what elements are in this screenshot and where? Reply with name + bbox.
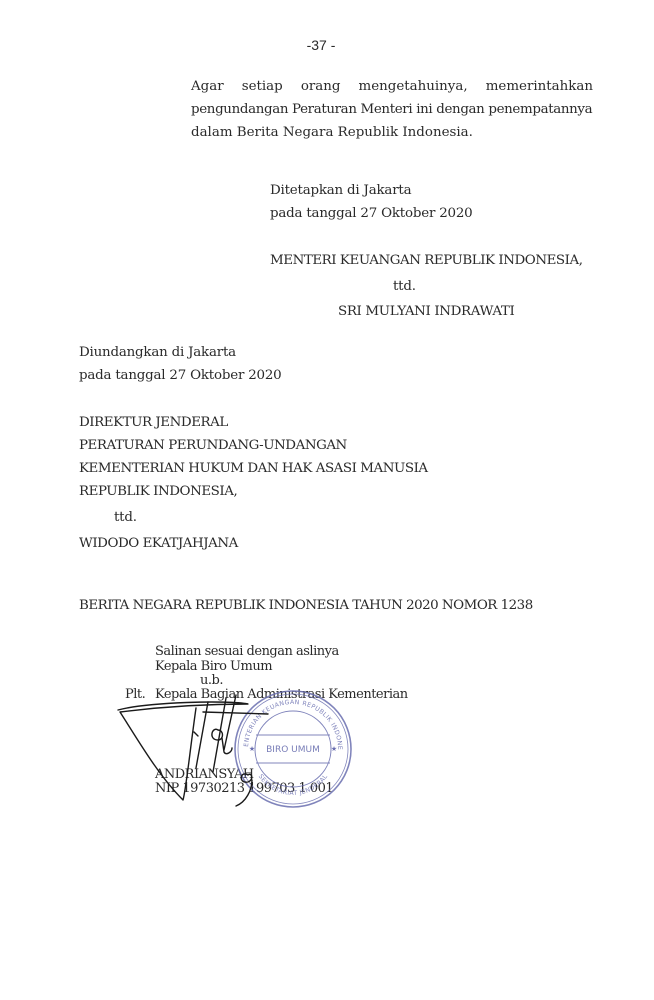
handwritten-signature <box>108 690 338 820</box>
paragraph-line-3: dalam Berita Negara Republik Indonesia. <box>191 121 593 144</box>
promulgation-title-line-3: KEMENTERIAN HUKUM DAN HAK ASASI MANUSIA <box>79 461 428 476</box>
promulgation-place: Diundangkan di Jakarta <box>79 345 236 360</box>
gazette-reference: BERITA NEGARA REPUBLIK INDONESIA TAHUN 2… <box>79 598 533 613</box>
paragraph-line-1: Agar setiap orang mengetahuinya, memerin… <box>191 75 593 98</box>
word: mengetahuinya, <box>359 75 468 98</box>
paragraph-line-2: pengundangan Peraturan Menteri ini denga… <box>191 98 593 121</box>
word: Agar <box>191 75 224 98</box>
enactment-date: pada tanggal 27 Oktober 2020 <box>270 206 473 221</box>
promulgation-title-line-2: PERATURAN PERUNDANG-UNDANGAN <box>79 438 347 453</box>
enactment-signed-mark: ttd. <box>393 279 416 294</box>
promulgation-title-line-1: DIREKTUR JENDERAL <box>79 415 228 430</box>
copy-line-1: Salinan sesuai dengan aslinya <box>155 645 339 660</box>
closing-paragraph: Agar setiap orang mengetahuinya, memerin… <box>191 75 593 144</box>
enactment-official-title: MENTERI KEUANGAN REPUBLIK INDONESIA, <box>270 253 583 268</box>
enactment-official-name: SRI MULYANI INDRAWATI <box>338 304 514 319</box>
word: orang <box>301 75 341 98</box>
enactment-place: Ditetapkan di Jakarta <box>270 183 411 198</box>
word: setiap <box>242 75 283 98</box>
promulgation-official-name: WIDODO EKATJAHJANA <box>79 536 238 551</box>
promulgation-signed-mark: ttd. <box>114 510 137 525</box>
page-number: -37 - <box>0 37 648 53</box>
promulgation-title-line-4: REPUBLIK INDONESIA, <box>79 484 237 499</box>
promulgation-date: pada tanggal 27 Oktober 2020 <box>79 368 282 383</box>
word: memerintahkan <box>486 75 593 98</box>
